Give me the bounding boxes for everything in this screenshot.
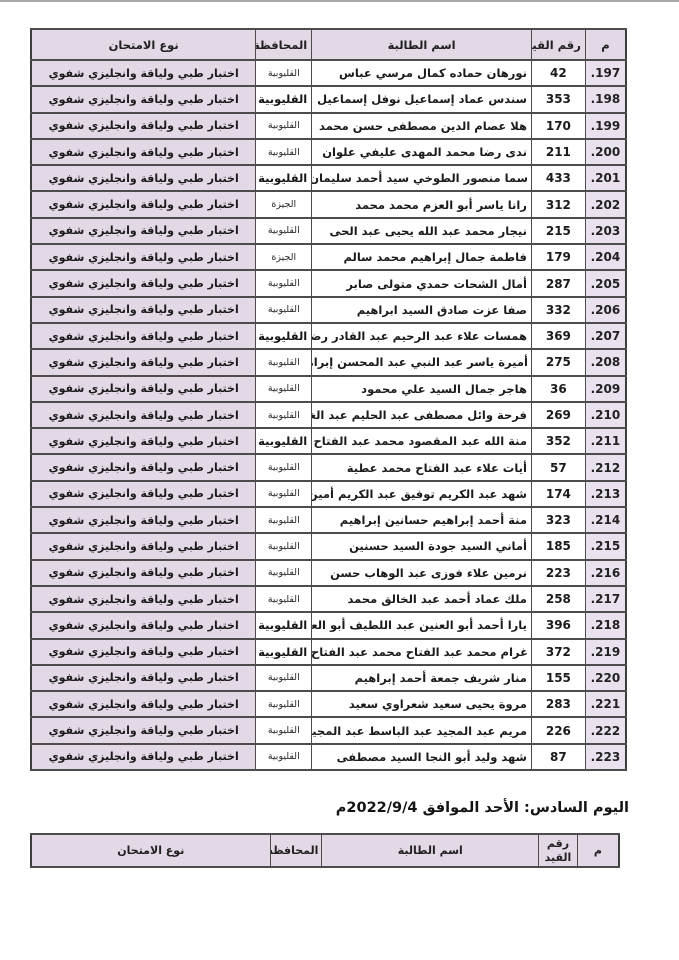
header-exam-type: نوع الامتحان bbox=[31, 834, 270, 867]
registration-number-cell: 369 bbox=[531, 323, 585, 349]
row-index-cell: 222. bbox=[585, 717, 626, 743]
header-index: م bbox=[585, 29, 626, 60]
registration-number-cell: 352 bbox=[531, 428, 585, 454]
registration-number-cell: 185 bbox=[531, 533, 585, 559]
row-index-cell: 210. bbox=[585, 402, 626, 428]
registration-number-cell: 312 bbox=[531, 191, 585, 217]
governorate-cell: الجيزة bbox=[256, 191, 312, 217]
row-index-cell: 215. bbox=[585, 533, 626, 559]
exam-schedule-page: { "page": { "day_note": "اليوم السادس: ا… bbox=[0, 0, 679, 960]
table-row: 215. 185 أماني السيد جودة السيد حسنين ال… bbox=[31, 533, 626, 559]
exam-type-cell: اختبار طبي ولياقة وانجليزي شفوي bbox=[31, 297, 256, 323]
day-six-note: اليوم السادس: الأحد الموافق 2022/9/4م bbox=[336, 800, 629, 816]
exam-type-cell: اختبار طبي ولياقة وانجليزي شفوي bbox=[31, 402, 256, 428]
table-row: 203. 215 نيجار محمد عبد الله يحيى عبد ال… bbox=[31, 218, 626, 244]
header-reg-no: رقم القيد bbox=[539, 834, 578, 867]
header-reg-no: رقم القيد bbox=[531, 29, 585, 60]
governorate-cell: القليوبية bbox=[256, 402, 312, 428]
governorate-cell: القليوبية bbox=[256, 560, 312, 586]
registration-number-cell: 269 bbox=[531, 402, 585, 428]
exam-roster-body: 197. 42 نورهان حماده كمال مرسي عباس القل… bbox=[31, 60, 626, 770]
row-index-cell: 218. bbox=[585, 612, 626, 638]
registration-number-cell: 87 bbox=[531, 744, 585, 770]
table-row: 201. 433 سما منصور الطوخي سيد أحمد سليما… bbox=[31, 165, 626, 191]
exam-type-cell: اختبار طبي ولياقة وانجليزي شفوي bbox=[31, 454, 256, 480]
governorate-cell: القليوبية bbox=[256, 717, 312, 743]
table-row: 199. 170 هلا عصام الدين مصطفى حسن محمد ا… bbox=[31, 113, 626, 139]
governorate-cell: القليوبية bbox=[256, 507, 312, 533]
exam-type-cell: اختبار طبي ولياقة وانجليزي شفوي bbox=[31, 612, 256, 638]
header-index: م bbox=[577, 834, 619, 867]
exam-type-cell: اختبار طبي ولياقة وانجليزي شفوي bbox=[31, 244, 256, 270]
exam-type-cell: اختبار طبي ولياقة وانجليزي شفوي bbox=[31, 560, 256, 586]
governorate-cell: القليوبية bbox=[256, 639, 312, 665]
exam-roster-table: م رقم القيد اسم الطالبة المحافظة نوع الا… bbox=[30, 28, 627, 771]
registration-number-cell: 287 bbox=[531, 270, 585, 296]
table-row: 207. 369 همسات علاء عبد الرحيم عبد القاد… bbox=[31, 323, 626, 349]
table-row: 221. 283 مروة يحيى سعيد شعراوي سعيد القل… bbox=[31, 691, 626, 717]
registration-number-cell: 223 bbox=[531, 560, 585, 586]
row-index-cell: 211. bbox=[585, 428, 626, 454]
student-name-cell: مروة يحيى سعيد شعراوي سعيد bbox=[312, 691, 532, 717]
governorate-cell: القليوبية bbox=[256, 270, 312, 296]
student-name-cell: فرحة وائل مصطفى عبد الحليم عبد الغنى bbox=[312, 402, 532, 428]
table-row: 197. 42 نورهان حماده كمال مرسي عباس القل… bbox=[31, 60, 626, 86]
row-index-cell: 208. bbox=[585, 349, 626, 375]
student-name-cell: يارا أحمد أبو العنين عبد اللطيف أبو العن… bbox=[312, 612, 532, 638]
governorate-cell: القليوبية bbox=[256, 323, 312, 349]
row-index-cell: 212. bbox=[585, 454, 626, 480]
exam-type-cell: اختبار طبي ولياقة وانجليزي شفوي bbox=[31, 165, 256, 191]
exam-type-cell: اختبار طبي ولياقة وانجليزي شفوي bbox=[31, 139, 256, 165]
row-index-cell: 197. bbox=[585, 60, 626, 86]
governorate-cell: القليوبية bbox=[256, 428, 312, 454]
row-index-cell: 223. bbox=[585, 744, 626, 770]
governorate-cell: القليوبية bbox=[256, 744, 312, 770]
governorate-cell: القليوبية bbox=[256, 586, 312, 612]
governorate-cell: القليوبية bbox=[256, 665, 312, 691]
row-index-cell: 200. bbox=[585, 139, 626, 165]
student-name-cell: همسات علاء عبد الرحيم عبد القادر رضوان bbox=[312, 323, 532, 349]
row-index-cell: 199. bbox=[585, 113, 626, 139]
header-exam-type: نوع الامتحان bbox=[31, 29, 256, 60]
table-row: 200. 211 ندى رضا محمد المهدى عليفي علوان… bbox=[31, 139, 626, 165]
student-name-cell: نيجار محمد عبد الله يحيى عبد الحى bbox=[312, 218, 532, 244]
exam-type-cell: اختبار طبي ولياقة وانجليزي شفوي bbox=[31, 665, 256, 691]
governorate-cell: الجيزة bbox=[256, 244, 312, 270]
student-name-cell: فاطمة جمال إبراهيم محمد سالم bbox=[312, 244, 532, 270]
student-name-cell: ندى رضا محمد المهدى عليفي علوان bbox=[312, 139, 532, 165]
table-row: 206. 332 صفا عزت صادق السيد ابراهيم القل… bbox=[31, 297, 626, 323]
table-row: 211. 352 منة الله عبد المقصود محمد عبد ا… bbox=[31, 428, 626, 454]
student-name-cell: أماني السيد جودة السيد حسنين bbox=[312, 533, 532, 559]
exam-type-cell: اختبار طبي ولياقة وانجليزي شفوي bbox=[31, 717, 256, 743]
governorate-cell: القليوبية bbox=[256, 691, 312, 717]
student-name-cell: رانا ياسر أبو العزم محمد محمد bbox=[312, 191, 532, 217]
table-row: 205. 287 أمال الشحات حمدي متولى صابر الق… bbox=[31, 270, 626, 296]
table-row: 212. 57 أيات علاء عبد الفتاح محمد عطية ا… bbox=[31, 454, 626, 480]
student-name-cell: أميرة ياسر عبد النبي عبد المحسن إبراهيم bbox=[312, 349, 532, 375]
governorate-cell: القليوبية bbox=[256, 86, 312, 112]
student-name-cell: منة أحمد إبراهيم حسانين إبراهيم bbox=[312, 507, 532, 533]
header-governorate: المحافظة bbox=[256, 29, 312, 60]
table-row: 204. 179 فاطمة جمال إبراهيم محمد سالم ال… bbox=[31, 244, 626, 270]
exam-type-cell: اختبار طبي ولياقة وانجليزي شفوي bbox=[31, 191, 256, 217]
exam-roster-table-container: م رقم القيد اسم الطالبة المحافظة نوع الا… bbox=[30, 28, 627, 771]
registration-number-cell: 275 bbox=[531, 349, 585, 375]
registration-number-cell: 332 bbox=[531, 297, 585, 323]
row-index-cell: 213. bbox=[585, 481, 626, 507]
table-row: 202. 312 رانا ياسر أبو العزم محمد محمد ا… bbox=[31, 191, 626, 217]
exam-type-cell: اختبار طبي ولياقة وانجليزي شفوي bbox=[31, 428, 256, 454]
registration-number-cell: 211 bbox=[531, 139, 585, 165]
exam-type-cell: اختبار طبي ولياقة وانجليزي شفوي bbox=[31, 691, 256, 717]
header-student-name: اسم الطالبة bbox=[322, 834, 539, 867]
table-row: 208. 275 أميرة ياسر عبد النبي عبد المحسن… bbox=[31, 349, 626, 375]
student-name-cell: ملك عماد أحمد عبد الخالق محمد bbox=[312, 586, 532, 612]
registration-number-cell: 353 bbox=[531, 86, 585, 112]
student-name-cell: شهد وليد أبو النجا السيد مصطفى bbox=[312, 744, 532, 770]
governorate-cell: القليوبية bbox=[256, 481, 312, 507]
registration-number-cell: 179 bbox=[531, 244, 585, 270]
exam-type-cell: اختبار طبي ولياقة وانجليزي شفوي bbox=[31, 507, 256, 533]
governorate-cell: القليوبية bbox=[256, 218, 312, 244]
governorate-cell: القليوبية bbox=[256, 60, 312, 86]
governorate-cell: القليوبية bbox=[256, 113, 312, 139]
student-name-cell: هاجر جمال السيد علي محمود bbox=[312, 376, 532, 402]
exam-type-cell: اختبار طبي ولياقة وانجليزي شفوي bbox=[31, 481, 256, 507]
header-student-name: اسم الطالبة bbox=[312, 29, 532, 60]
exam-type-cell: اختبار طبي ولياقة وانجليزي شفوي bbox=[31, 60, 256, 86]
table-row: 214. 323 منة أحمد إبراهيم حسانين إبراهيم… bbox=[31, 507, 626, 533]
registration-number-cell: 36 bbox=[531, 376, 585, 402]
exam-type-cell: اختبار طبي ولياقة وانجليزي شفوي bbox=[31, 86, 256, 112]
next-day-table: م رقم القيد اسم الطالبة المحافظة نوع الا… bbox=[30, 833, 620, 868]
governorate-cell: القليوبية bbox=[256, 297, 312, 323]
student-name-cell: نورهان حماده كمال مرسي عباس bbox=[312, 60, 532, 86]
row-index-cell: 209. bbox=[585, 376, 626, 402]
header-row: م رقم القيد اسم الطالبة المحافظة نوع الا… bbox=[31, 29, 626, 60]
student-name-cell: هلا عصام الدين مصطفى حسن محمد bbox=[312, 113, 532, 139]
row-index-cell: 201. bbox=[585, 165, 626, 191]
registration-number-cell: 42 bbox=[531, 60, 585, 86]
registration-number-cell: 174 bbox=[531, 481, 585, 507]
registration-number-cell: 215 bbox=[531, 218, 585, 244]
exam-type-cell: اختبار طبي ولياقة وانجليزي شفوي bbox=[31, 113, 256, 139]
student-name-cell: منار شريف جمعة أحمد إبراهيم bbox=[312, 665, 532, 691]
table-row: 219. 372 غرام محمد عبد الفتاح محمد عبد ا… bbox=[31, 639, 626, 665]
student-name-cell: سندس عماد إسماعيل نوفل إسماعيل bbox=[312, 86, 532, 112]
next-day-table-container: م رقم القيد اسم الطالبة المحافظة نوع الا… bbox=[30, 833, 620, 868]
exam-roster-header: م رقم القيد اسم الطالبة المحافظة نوع الا… bbox=[31, 29, 626, 60]
student-name-cell: غرام محمد عبد الفتاح محمد عبد الفتاح bbox=[312, 639, 532, 665]
table-row: 213. 174 شهد عبد الكريم توفيق عبد الكريم… bbox=[31, 481, 626, 507]
table-row: 218. 396 يارا أحمد أبو العنين عبد اللطيف… bbox=[31, 612, 626, 638]
student-name-cell: منة الله عبد المقصود محمد عبد الفتاح شحا… bbox=[312, 428, 532, 454]
exam-type-cell: اختبار طبي ولياقة وانجليزي شفوي bbox=[31, 218, 256, 244]
student-name-cell: صفا عزت صادق السيد ابراهيم bbox=[312, 297, 532, 323]
row-index-cell: 198. bbox=[585, 86, 626, 112]
exam-type-cell: اختبار طبي ولياقة وانجليزي شفوي bbox=[31, 376, 256, 402]
registration-number-cell: 323 bbox=[531, 507, 585, 533]
exam-type-cell: اختبار طبي ولياقة وانجليزي شفوي bbox=[31, 639, 256, 665]
table-row: 216. 223 نرمين علاء فوزى عبد الوهاب حسن … bbox=[31, 560, 626, 586]
governorate-cell: القليوبية bbox=[256, 165, 312, 191]
next-day-header: م رقم القيد اسم الطالبة المحافظة نوع الا… bbox=[31, 834, 619, 867]
governorate-cell: القليوبية bbox=[256, 454, 312, 480]
row-index-cell: 220. bbox=[585, 665, 626, 691]
table-row: 210. 269 فرحة وائل مصطفى عبد الحليم عبد … bbox=[31, 402, 626, 428]
governorate-cell: القليوبية bbox=[256, 376, 312, 402]
registration-number-cell: 57 bbox=[531, 454, 585, 480]
registration-number-cell: 155 bbox=[531, 665, 585, 691]
governorate-cell: القليوبية bbox=[256, 533, 312, 559]
student-name-cell: نرمين علاء فوزى عبد الوهاب حسن bbox=[312, 560, 532, 586]
row-index-cell: 219. bbox=[585, 639, 626, 665]
registration-number-cell: 170 bbox=[531, 113, 585, 139]
student-name-cell: شهد عبد الكريم توفيق عبد الكريم أمين bbox=[312, 481, 532, 507]
header-governorate: المحافظة bbox=[270, 834, 322, 867]
table-row: 198. 353 سندس عماد إسماعيل نوفل إسماعيل … bbox=[31, 86, 626, 112]
governorate-cell: القليوبية bbox=[256, 612, 312, 638]
governorate-cell: القليوبية bbox=[256, 349, 312, 375]
registration-number-cell: 396 bbox=[531, 612, 585, 638]
row-index-cell: 216. bbox=[585, 560, 626, 586]
row-index-cell: 214. bbox=[585, 507, 626, 533]
row-index-cell: 204. bbox=[585, 244, 626, 270]
row-index-cell: 202. bbox=[585, 191, 626, 217]
exam-type-cell: اختبار طبي ولياقة وانجليزي شفوي bbox=[31, 270, 256, 296]
row-index-cell: 205. bbox=[585, 270, 626, 296]
registration-number-cell: 372 bbox=[531, 639, 585, 665]
page-top-divider bbox=[0, 0, 679, 2]
table-row: 220. 155 منار شريف جمعة أحمد إبراهيم الق… bbox=[31, 665, 626, 691]
student-name-cell: أمال الشحات حمدي متولى صابر bbox=[312, 270, 532, 296]
table-row: 217. 258 ملك عماد أحمد عبد الخالق محمد ا… bbox=[31, 586, 626, 612]
exam-type-cell: اختبار طبي ولياقة وانجليزي شفوي bbox=[31, 533, 256, 559]
registration-number-cell: 433 bbox=[531, 165, 585, 191]
exam-type-cell: اختبار طبي ولياقة وانجليزي شفوي bbox=[31, 349, 256, 375]
exam-type-cell: اختبار طبي ولياقة وانجليزي شفوي bbox=[31, 323, 256, 349]
registration-number-cell: 283 bbox=[531, 691, 585, 717]
row-index-cell: 206. bbox=[585, 297, 626, 323]
table-row: 222. 226 مريم عبد المجيد عبد الباسط عبد … bbox=[31, 717, 626, 743]
student-name-cell: مريم عبد المجيد عبد الباسط عبد المجيد bbox=[312, 717, 532, 743]
student-name-cell: سما منصور الطوخي سيد أحمد سليمان bbox=[312, 165, 532, 191]
row-index-cell: 203. bbox=[585, 218, 626, 244]
registration-number-cell: 226 bbox=[531, 717, 585, 743]
row-index-cell: 221. bbox=[585, 691, 626, 717]
registration-number-cell: 258 bbox=[531, 586, 585, 612]
student-name-cell: أيات علاء عبد الفتاح محمد عطية bbox=[312, 454, 532, 480]
row-index-cell: 217. bbox=[585, 586, 626, 612]
exam-type-cell: اختبار طبي ولياقة وانجليزي شفوي bbox=[31, 586, 256, 612]
header-row: م رقم القيد اسم الطالبة المحافظة نوع الا… bbox=[31, 834, 619, 867]
row-index-cell: 207. bbox=[585, 323, 626, 349]
table-row: 209. 36 هاجر جمال السيد علي محمود القليو… bbox=[31, 376, 626, 402]
governorate-cell: القليوبية bbox=[256, 139, 312, 165]
exam-type-cell: اختبار طبي ولياقة وانجليزي شفوي bbox=[31, 744, 256, 770]
table-row: 223. 87 شهد وليد أبو النجا السيد مصطفى ا… bbox=[31, 744, 626, 770]
